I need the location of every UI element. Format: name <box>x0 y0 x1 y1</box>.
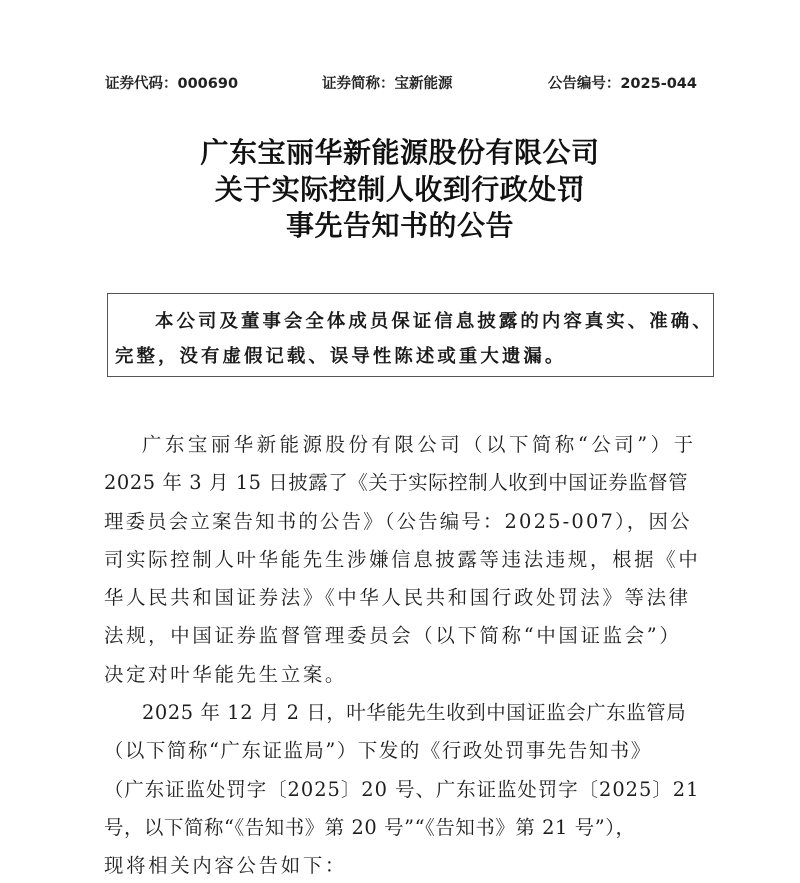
body-line: 2025 年 12 月 2 日，叶华能先生收到中国证监会广东监管局 <box>104 694 714 732</box>
body-line: （以下简称“广东证监局”）下发的《行政处罚事先告知书》 <box>104 732 714 770</box>
disclosure-statement-box: 本公司及董事会全体成员保证信息披露的内容真实、准确、 完整，没有虚假记载、误导性… <box>107 293 714 377</box>
disclosure-line-2: 完整，没有虚假记载、误导性陈述或重大遗漏。 <box>115 339 711 374</box>
title-line-2: 关于实际控制人收到行政处罚 <box>0 172 800 209</box>
body-line: 司实际控制人叶华能先生涉嫌信息披露等违法违规，根据《中 <box>104 541 714 579</box>
security-code: 证券代码：000690 <box>105 72 238 93</box>
announcement-page: 证券代码：000690 证券简称：宝新能源 公告编号：2025-044 广东宝丽… <box>0 0 800 883</box>
body-line: 华人民共和国证券法》《中华人民共和国行政处罚法》等法律 <box>104 579 714 617</box>
body-line: 法规，中国证券监督管理委员会（以下简称“中国证监会”） <box>104 617 714 655</box>
body-line: 广东宝丽华新能源股份有限公司（以下简称“公司”）于 <box>104 426 714 464</box>
body-line: 号，以下简称“《告知书》第 20 号”“《告知书》第 21 号”）， <box>104 809 714 847</box>
title-line-1: 广东宝丽华新能源股份有限公司 <box>0 135 800 172</box>
announcement-number: 公告编号：2025-044 <box>548 72 697 93</box>
disclosure-statement: 本公司及董事会全体成员保证信息披露的内容真实、准确、 完整，没有虚假记载、误导性… <box>115 304 711 374</box>
paragraph-1: 广东宝丽华新能源股份有限公司（以下简称“公司”）于 2025 年 3 月 15 … <box>104 426 714 694</box>
document-meta-row: 证券代码：000690 证券简称：宝新能源 公告编号：2025-044 <box>105 72 697 94</box>
disclosure-line-1: 本公司及董事会全体成员保证信息披露的内容真实、准确、 <box>115 304 711 339</box>
announcement-body: 广东宝丽华新能源股份有限公司（以下简称“公司”）于 2025 年 3 月 15 … <box>104 426 714 883</box>
body-line: 2025 年 3 月 15 日披露了《关于实际控制人收到中国证券监督管 <box>104 464 714 502</box>
security-abbreviation: 证券简称：宝新能源 <box>322 72 453 93</box>
body-line: 理委员会立案告知书的公告》（公告编号：2025-007），因公 <box>104 503 714 541</box>
body-line: 决定对叶华能先生立案。 <box>104 656 714 694</box>
body-line: 现将相关内容公告如下： <box>104 847 714 883</box>
title-line-3: 事先告知书的公告 <box>0 208 800 245</box>
body-line: （广东证监处罚字〔2025〕20 号、广东证监处罚字〔2025〕21 <box>104 771 714 809</box>
document-title: 广东宝丽华新能源股份有限公司 关于实际控制人收到行政处罚 事先告知书的公告 <box>0 135 800 245</box>
paragraph-2: 2025 年 12 月 2 日，叶华能先生收到中国证监会广东监管局 （以下简称“… <box>104 694 714 883</box>
